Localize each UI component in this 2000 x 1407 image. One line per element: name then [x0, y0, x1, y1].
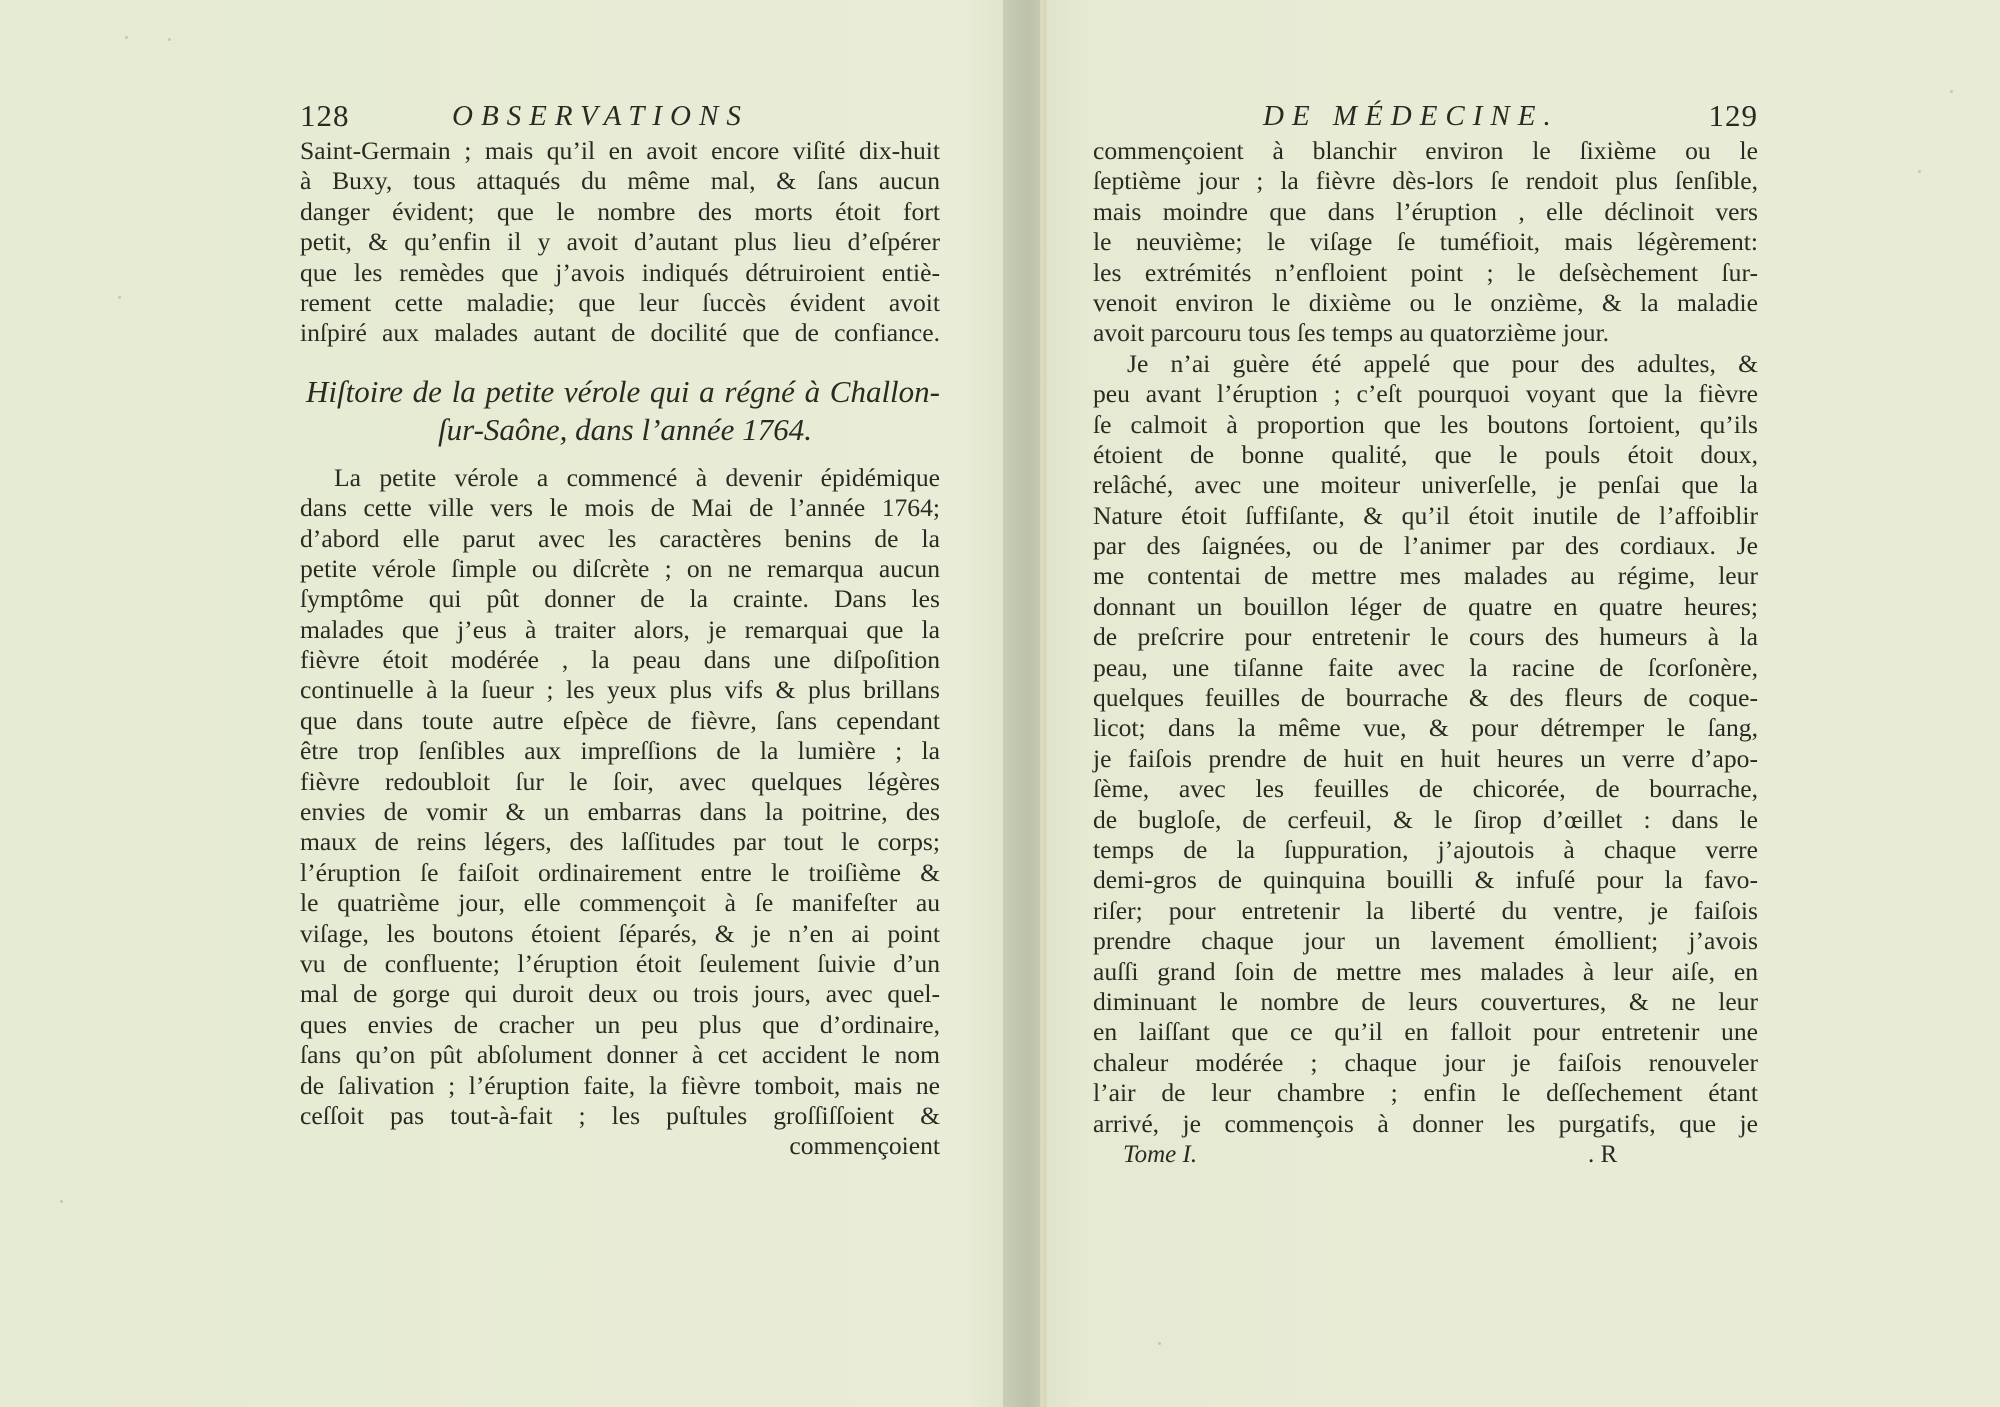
text-line: je faiſois prendre de huit en huit heure…	[1093, 744, 1758, 774]
section-heading: Hiſtoire de la petite vérole qui a régné…	[300, 373, 940, 449]
text-line: de ſalivation ; l’éruption faite, la fiè…	[300, 1071, 940, 1101]
text-line: vu de confluente; l’éruption étoit ſeule…	[300, 949, 940, 979]
text-line: inſpiré aux malades autant de docilité q…	[300, 318, 940, 348]
text-line: maux de reins légers, des laſſitudes par…	[300, 827, 940, 857]
right-running-head: DE MÉDECINE. 129	[1093, 96, 1758, 136]
text-line: quelques feuilles de bourrache & des fle…	[1093, 683, 1758, 713]
text-line: danger évident; que le nombre des morts …	[300, 197, 940, 227]
book-spread: 128 OBSERVATIONS Saint-Germain ; mais qu…	[0, 0, 2000, 1407]
text-line: malades que j’eus à traiter alors, je re…	[300, 615, 940, 645]
paper-speck	[1918, 170, 1921, 173]
page-number: 128	[300, 96, 350, 136]
text-line: d’abord elle parut avec les caractères b…	[300, 524, 940, 554]
text-line: petit, & qu’enfin il y avoit d’autant pl…	[300, 227, 940, 257]
text-line: avoit parcouru tous ſes temps au quatorz…	[1093, 318, 1758, 348]
left-page: 128 OBSERVATIONS Saint-Germain ; mais qu…	[0, 0, 1003, 1407]
paragraph: commençoient à blanchir environ le ſixiè…	[1093, 136, 1758, 349]
text-line: envies de vomir & un embarras dans la po…	[300, 797, 940, 827]
text-line: l’éruption ſe faiſoit ordinairement entr…	[300, 858, 940, 888]
text-line: dans cette ville vers le mois de Mai de …	[300, 493, 940, 523]
text-line: venoit environ le dixième ou le onzième,…	[1093, 288, 1758, 318]
page-footer: Tome I. . R	[1093, 1139, 1758, 1171]
text-line: demi-gros de quinquina bouilli & infuſé …	[1093, 865, 1758, 895]
right-page: DE MÉDECINE. 129 commençoient à blanchir…	[1047, 0, 2000, 1407]
text-line: La petite vérole a commencé à devenir ép…	[300, 463, 940, 493]
text-line: relâché, avec une moiteur univerſelle, j…	[1093, 470, 1758, 500]
text-line: en laiſſant que ce qu’il en falloit pour…	[1093, 1017, 1758, 1047]
text-line: chaleur modérée ; chaque jour je faiſois…	[1093, 1048, 1758, 1078]
text-line: de preſcrire pour entretenir le cours de…	[1093, 622, 1758, 652]
left-text-block: 128 OBSERVATIONS Saint-Germain ; mais qu…	[300, 96, 940, 1162]
text-line: que les remèdes que j’avois indiqués dét…	[300, 258, 940, 288]
text-line: ſeptième jour ; la fièvre dès-lors ſe re…	[1093, 166, 1758, 196]
volume-label: Tome I.	[1123, 1139, 1197, 1171]
paper-speck	[1158, 1342, 1161, 1345]
text-line: temps de la ſuppuration, j’ajoutois à ch…	[1093, 835, 1758, 865]
paragraph: Saint-Germain ; mais qu’il en avoit enco…	[300, 136, 940, 349]
text-line: diminuant le nombre de leurs couvertures…	[1093, 987, 1758, 1017]
text-line: riſer; pour entretenir la liberté du ven…	[1093, 896, 1758, 926]
text-line: ſème, avec les feuilles de chicorée, de …	[1093, 774, 1758, 804]
left-running-head: 128 OBSERVATIONS	[300, 96, 940, 136]
text-line: mal de gorge qui duroit deux ou trois jo…	[300, 979, 940, 1009]
text-line: de bugloſe, de cerfeuil, & le ſirop d’œi…	[1093, 805, 1758, 835]
paper-speck	[118, 296, 121, 299]
text-line: que dans toute autre eſpèce de fièvre, ſ…	[300, 706, 940, 736]
running-head-title: DE MÉDECINE.	[1263, 96, 1559, 136]
text-line: le neuvième; le viſage ſe tuméfioit, mai…	[1093, 227, 1758, 257]
text-line: le quatrième jour, elle commençoit à ſe …	[300, 888, 940, 918]
gutter-edge	[1040, 0, 1044, 1407]
text-line: ques envies de cracher un peu plus que d…	[300, 1010, 940, 1040]
paper-speck	[168, 38, 171, 41]
text-line: à Buxy, tous attaqués du même mal, & ſan…	[300, 166, 940, 196]
text-line: être trop ſenſibles aux impreſſions de l…	[300, 736, 940, 766]
text-line: licot; dans la même vue, & pour détrempe…	[1093, 713, 1758, 743]
text-line: viſage, les boutons étoient ſéparés, & j…	[300, 919, 940, 949]
text-line: Nature étoit ſuffiſante, & qu’il étoit i…	[1093, 501, 1758, 531]
text-line: ceſſoit pas tout-à-fait ; les puſtules g…	[300, 1101, 940, 1131]
running-head-title: OBSERVATIONS	[452, 96, 749, 136]
catchword: commençoient	[300, 1131, 940, 1161]
text-line: étoient de bonne qualité, que le pouls é…	[1093, 440, 1758, 470]
text-line: petite vérole ſimple ou diſcrète ; on ne…	[300, 554, 940, 584]
text-line: fièvre redoubloit ſur le ſoir, avec quel…	[300, 767, 940, 797]
paper-speck	[60, 1200, 63, 1203]
text-line: continuelle à la ſueur ; les yeux plus v…	[300, 675, 940, 705]
text-line: les extrémités n’enfloient point ; le de…	[1093, 258, 1758, 288]
text-line: peu avant l’éruption ; c’eſt pourquoi vo…	[1093, 379, 1758, 409]
text-line: par des ſaignées, ou de l’animer par des…	[1093, 531, 1758, 561]
text-line: auſſi grand ſoin de mettre mes malades à…	[1093, 957, 1758, 987]
text-line: prendre chaque jour un lavement émollien…	[1093, 926, 1758, 956]
text-line: ſe calmoit à proportion que les boutons …	[1093, 410, 1758, 440]
text-line: rement cette maladie; que leur ſuccès év…	[300, 288, 940, 318]
text-line: l’air de leur chambre ; enfin le deſſech…	[1093, 1078, 1758, 1108]
text-line: fièvre étoit modérée , la peau dans une …	[300, 645, 940, 675]
text-line: ſymptôme qui pût donner de la crainte. D…	[300, 584, 940, 614]
paper-speck	[1950, 90, 1953, 93]
right-text-block: DE MÉDECINE. 129 commençoient à blanchir…	[1093, 96, 1758, 1171]
text-line: peau, une tiſanne faite avec la racine d…	[1093, 653, 1758, 683]
paper-speck	[125, 36, 128, 39]
text-line: mais moindre que dans l’éruption , elle …	[1093, 197, 1758, 227]
text-line: me contentai de mettre mes malades au ré…	[1093, 561, 1758, 591]
paragraph: Je n’ai guère été appelé que pour des ad…	[1093, 349, 1758, 1139]
text-line: Je n’ai guère été appelé que pour des ad…	[1093, 349, 1758, 379]
text-line: donnant un bouillon léger de quatre en q…	[1093, 592, 1758, 622]
section-heading-line: ſur-Saône, dans l’année 1764.	[300, 411, 940, 449]
page-number: 129	[1709, 96, 1759, 136]
text-line: commençoient à blanchir environ le ſixiè…	[1093, 136, 1758, 166]
paragraph: La petite vérole a commencé à devenir ép…	[300, 463, 940, 1162]
text-line: arrivé, je commençois à donner les purga…	[1093, 1109, 1758, 1139]
signature-mark: . R	[1588, 1139, 1617, 1171]
section-heading-line: Hiſtoire de la petite vérole qui a régné…	[300, 373, 940, 411]
text-line: Saint-Germain ; mais qu’il en avoit enco…	[300, 136, 940, 166]
text-line: ſans qu’on pût abſolument donner à cet a…	[300, 1040, 940, 1070]
